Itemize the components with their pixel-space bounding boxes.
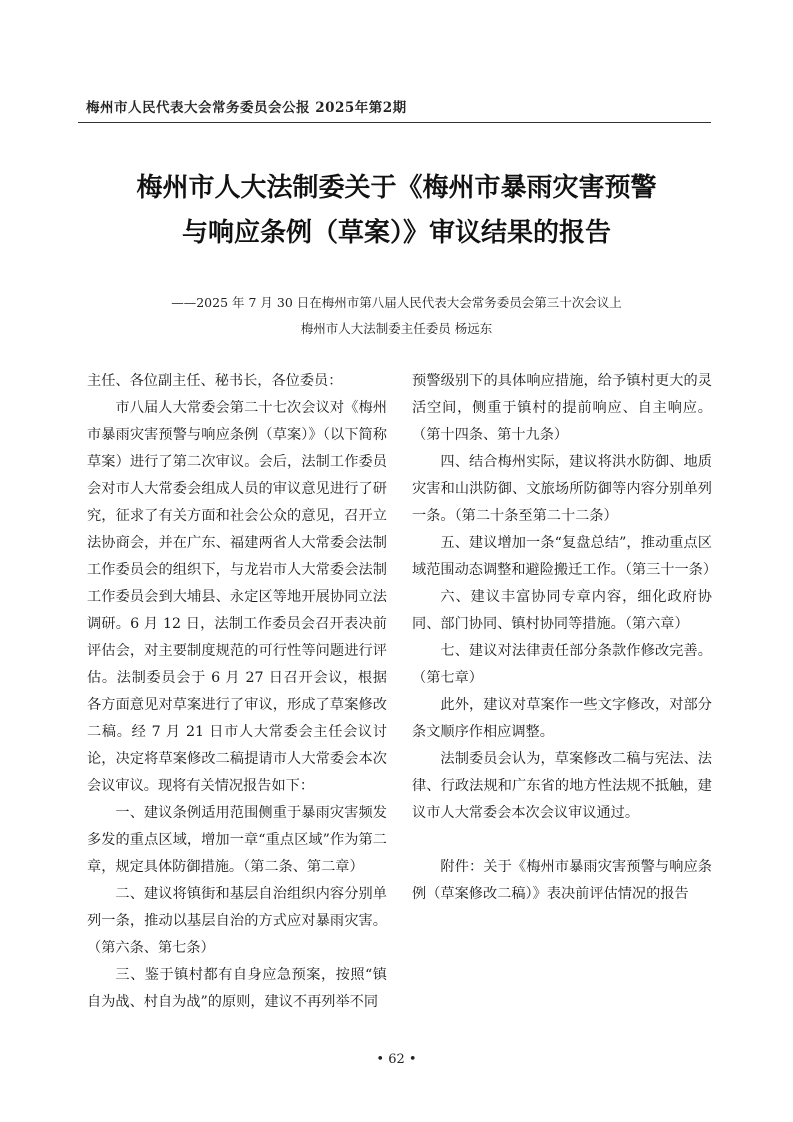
speaker-info: 梅州市人大法制委主任委员 杨远东 [60, 316, 733, 342]
paragraph-conclusion: 法制委员会认为，草案修改二稿与宪法、法律、行政法规和广东省的地方性法规不抵触，建… [412, 746, 712, 827]
header-divider [78, 122, 711, 123]
meeting-info: ——2025 年 7 月 30 日在梅州市第八届人民代表大会常务委员会第三十次会… [60, 290, 733, 316]
paragraph-item-5: 五、建议增加一条“复盘总结”，推动重点区域范围动态调整和避险搬迁工作。（第三十一… [412, 530, 712, 584]
paragraph-item-2: 二、建议将镇街和基层自治组织内容分别单列一条，推动以基层自治的方式应对暴雨灾害。… [87, 881, 387, 962]
body-column-left: 主任、各位副主任、秘书长，各位委员： 市八届人大常委会第二十七次会议对《梅州市暴… [87, 368, 387, 1016]
paragraph-item-3: 三、鉴于镇村都有自身应急预案，按照“镇自为战、村自为战”的原则，建议不再列举不同 [87, 962, 387, 1016]
journal-header: 梅州市人民代表大会常务委员会公报 2025年第2期 [86, 96, 407, 116]
spacer [412, 827, 712, 854]
document-title: 梅州市人大法制委关于《梅州市暴雨灾害预警 与响应条例（草案）》审议结果的报告 [60, 166, 733, 256]
paragraph-item-4: 四、结合梅州实际，建议将洪水防御、地质灾害和山洪防御、文旅场所防御等内容分别单列… [412, 449, 712, 530]
title-line-2: 与响应条例（草案）》审议结果的报告 [60, 211, 733, 256]
page-number: • 62 • [0, 1052, 793, 1067]
paragraph-attachment: 附件：关于《梅州市暴雨灾害预警与响应条例（草案修改二稿）》表决前评估情况的报告 [412, 854, 712, 908]
paragraph-item-7: 七、建议对法律责任部分条款作修改完善。（第七章） [412, 638, 712, 692]
document-subtitle: ——2025 年 7 月 30 日在梅州市第八届人民代表大会常务委员会第三十次会… [60, 290, 733, 342]
title-line-1: 梅州市人大法制委关于《梅州市暴雨灾害预警 [60, 166, 733, 211]
paragraph-other-edits: 此外，建议对草案作一些文字修改，对部分条文顺序作相应调整。 [412, 692, 712, 746]
paragraph-item-6: 六、建议丰富协同专章内容，细化政府协同、部门协同、镇村协同等措施。（第六章） [412, 584, 712, 638]
body-column-right: 预警级别下的具体响应措施，给予镇村更大的灵活空间，侧重于镇村的提前响应、自主响应… [412, 368, 712, 908]
paragraph-item-1: 一、建议条例适用范围侧重于暴雨灾害频发多发的重点区域，增加一章“重点区域”作为第… [87, 800, 387, 881]
paragraph-item-3-continued: 预警级别下的具体响应措施，给予镇村更大的灵活空间，侧重于镇村的提前响应、自主响应… [412, 368, 712, 449]
paragraph-intro: 市八届人大常委会第二十七次会议对《梅州市暴雨灾害预警与响应条例（草案）》（以下简… [87, 395, 387, 800]
salutation: 主任、各位副主任、秘书长，各位委员： [87, 368, 387, 395]
